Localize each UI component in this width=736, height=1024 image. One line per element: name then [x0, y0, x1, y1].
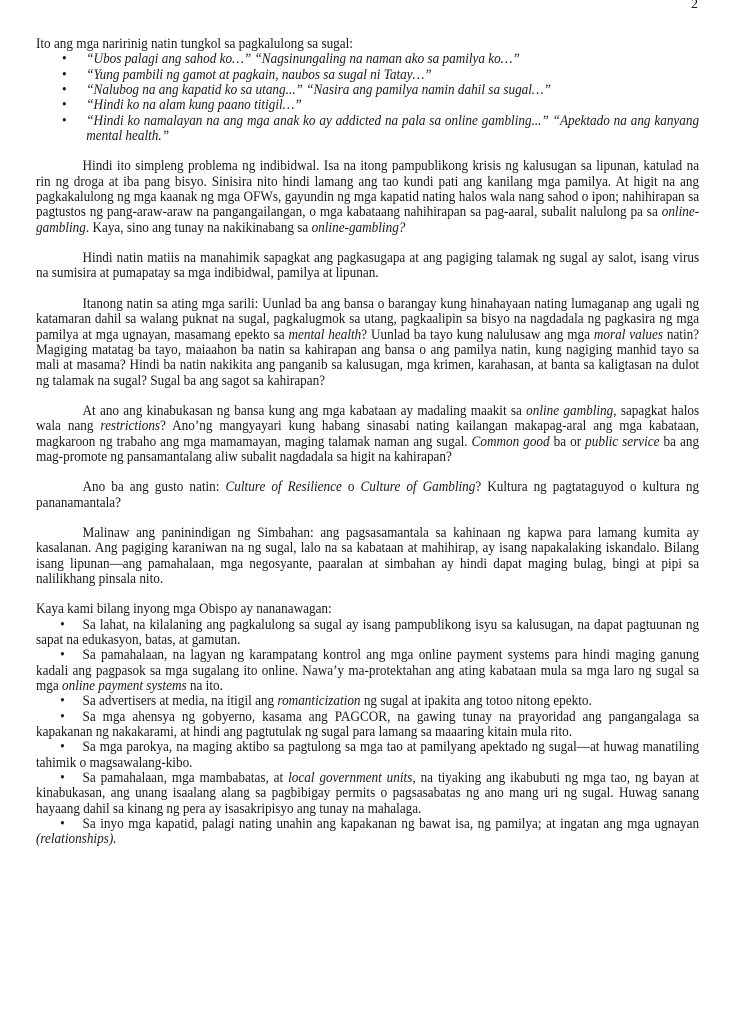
calls-list: •Sa lahat, na kilalaning ang pagkalulong…: [36, 618, 699, 848]
quote-item: •“Yung pambili ng gamot at pagkain, naub…: [62, 68, 699, 83]
document-body: Ito ang mga naririnig natin tungkol sa p…: [36, 37, 699, 848]
quote-item: •“Ubos palagi ang sahod ko…” “Nagsinunga…: [62, 52, 699, 67]
paragraph-public-health-crisis: Hindi ito simpleng problema ng indibidwa…: [36, 159, 699, 236]
call-item-government-agencies: •Sa mga ahensya ng gobyerno, kasama ang …: [36, 710, 699, 741]
bullet-icon: •: [60, 694, 82, 709]
call-item-government-payments: •Sa pamahalaan, na lagyan ng karampatang…: [36, 648, 699, 694]
bullet-icon: •: [62, 68, 67, 83]
bullet-icon: •: [60, 817, 82, 832]
bullet-icon: •: [62, 83, 67, 98]
call-item-lawmakers-lgus: •Sa pamahalaan, mga mambabatas, at local…: [36, 771, 699, 817]
document-page: 2 Ito ang mga naririnig natin tungkol sa…: [0, 0, 736, 1024]
call-item-everyone: •Sa lahat, na kilalaning ang pagkalulong…: [36, 618, 699, 649]
paragraph-questions: Itanong natin sa ating mga sarili: Uunla…: [36, 297, 699, 389]
bullet-icon: •: [60, 648, 82, 663]
quote-item: •“Hindi ko namalayan na ang mga anak ko …: [62, 114, 699, 145]
paragraph-cannot-be-silent: Hindi natin matiis na manahimik sapagkat…: [36, 251, 699, 282]
quotes-list: •“Ubos palagi ang sahod ko…” “Nagsinunga…: [36, 52, 699, 144]
bullet-icon: •: [62, 52, 67, 67]
bullet-icon: •: [60, 740, 82, 755]
paragraph-culture-choice: Ano ba ang gusto natin: Culture of Resil…: [36, 480, 699, 511]
call-item-parishes: •Sa mga parokya, na maging aktibo sa pag…: [36, 740, 699, 771]
bullet-icon: •: [62, 114, 67, 129]
bullet-icon: •: [60, 710, 82, 725]
call-item-faithful: •Sa inyo mga kapatid, palagi nating unah…: [36, 817, 699, 848]
quote-item: •“Hindi ko na alam kung paano titigil…”: [62, 98, 699, 113]
intro-line: Ito ang mga naririnig natin tungkol sa p…: [36, 37, 699, 52]
quote-item: •“Nalubog na ang kapatid ko sa utang...”…: [62, 83, 699, 98]
paragraph-church-stance: Malinaw ang paninindigan ng Simbahan: an…: [36, 526, 699, 587]
call-item-advertisers-media: •Sa advertisers at media, na itigil ang …: [36, 694, 699, 709]
bullet-icon: •: [60, 618, 82, 633]
bullet-icon: •: [60, 771, 82, 786]
paragraph-future-of-youth: At ano ang kinabukasan ng bansa kung ang…: [36, 404, 699, 465]
page-number: 2: [678, 0, 698, 12]
call-intro: Kaya kami bilang inyong mga Obispo ay na…: [36, 602, 699, 617]
bullet-icon: •: [62, 98, 67, 113]
